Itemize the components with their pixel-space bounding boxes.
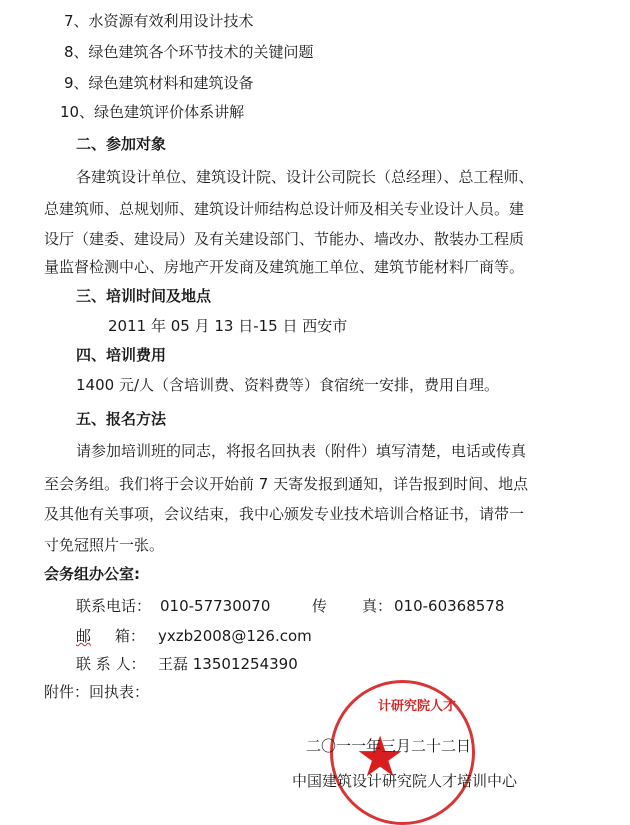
office-heading: 会务组办公室: (44, 565, 140, 583)
paragraph-line: 寸免冠照片一张。 (44, 536, 164, 554)
fax-label: 传 (312, 597, 327, 615)
training-date-location: 2011 年 05 月 13 日-15 日 西安市 (108, 317, 347, 335)
email-value: yxzb2008@126.com (158, 627, 312, 645)
paragraph-line: 及其他有关事项，会议结束，我中心颁发专业技术培训合格证书，请带一 (44, 505, 524, 523)
training-fee: 1400 元/人（含培训费、资料费等）食宿统一安排，费用自理。 (76, 376, 499, 394)
paragraph-line: 至会务组。我们将于会议开始前 7 天寄发报到通知，详告报到时间、地点 (44, 475, 528, 493)
contact-label: 联 系 人： (76, 655, 146, 673)
topic-item: 8、绿色建筑各个环节技术的关键问题 (64, 43, 314, 61)
paragraph-line: 量监督检测中心、房地产开发商及建筑施工单位、建筑节能材料厂商等。 (44, 258, 524, 276)
signature-org: 中国建筑设计研究院人才培训中心 (292, 772, 517, 790)
section-heading: 五、报名方法 (76, 410, 166, 428)
phone-label: 联系电话： (76, 597, 151, 615)
paragraph-line: 各建筑设计单位、建筑设计院、设计公司院长（总经理）、总工程师、 (76, 168, 534, 186)
section-heading: 四、培训费用 (76, 346, 166, 364)
seal-text: 计研究院人才 (378, 695, 456, 714)
fax-label-2: 真： (362, 597, 392, 615)
attachment-label: 附件：回执表： (44, 683, 149, 701)
topic-item: 10、绿色建筑评价体系讲解 (60, 103, 244, 121)
phone-value: 010-57730070 (160, 597, 270, 615)
paragraph-line: 请参加培训班的同志，将报名回执表（附件）填写清楚，电话或传真 (76, 442, 526, 460)
topic-item: 7、水资源有效利用设计技术 (64, 12, 254, 30)
signature-date: 二〇一一年三月二十二日 (306, 737, 471, 755)
paragraph-line: 总建筑师、总规划师、建筑设计师结构总设计师及相关专业设计人员。建 (44, 200, 524, 218)
contact-value: 王磊 13501254390 (158, 655, 298, 673)
fax-value: 010-60368578 (394, 597, 504, 615)
paragraph-line: 设厅（建委、建设局）及有关建设部门、节能办、墙改办、散装办工程质 (44, 230, 524, 248)
email-label: 邮 箱： (76, 627, 145, 645)
topic-item: 9、绿色建筑材料和建筑设备 (64, 74, 254, 92)
section-heading: 二、参加对象 (76, 135, 166, 153)
section-heading: 三、培训时间及地点 (76, 287, 211, 305)
